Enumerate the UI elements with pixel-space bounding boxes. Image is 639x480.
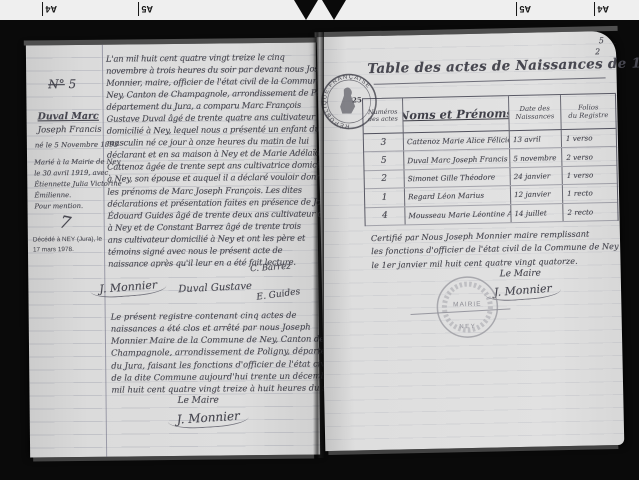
cell-folio: 2 recto	[563, 202, 617, 221]
frame-marker-triangle-icon	[294, 0, 318, 20]
le-maire-label: Le Maire	[178, 396, 219, 406]
ruler-mark: A4	[592, 2, 609, 16]
cell-name: Simonet Gille Théodore	[405, 168, 511, 188]
mayor-signature: J. Monnier	[90, 277, 167, 299]
ruler-mark: A5	[136, 2, 153, 16]
marriage-mention-line: Étiennette Julia Victorine	[34, 179, 102, 191]
cell-name: Regard Léon Marius	[405, 186, 511, 206]
ruler-tick-icon	[42, 2, 44, 16]
ruler-tick-icon	[516, 2, 518, 16]
page-number: 5	[599, 36, 604, 45]
closing-line: mil huit cent quatre vingt treize à huit…	[111, 381, 323, 395]
margin-paraph: 7	[58, 212, 73, 234]
father-signature: Duval Gustave	[178, 281, 252, 295]
cell-act-number: 1	[365, 189, 405, 207]
page-number-secondary: 2	[595, 47, 600, 56]
cell-act-number: 5	[364, 152, 404, 170]
mayor-signature: J. Monnier	[167, 408, 249, 430]
act-number-struck: N°	[48, 77, 65, 91]
frame-marker-triangle-icon	[322, 0, 346, 20]
ruler-mark: A4	[40, 2, 57, 16]
ruler-mark-label: A5	[142, 4, 154, 14]
book-spine	[313, 32, 324, 458]
table-row: 4 Mousseau Marie Léontine Augusta 14 jui…	[365, 202, 617, 226]
cell-act-number: 4	[365, 207, 405, 225]
birth-index-table: Numéros des actes Noms et Prénoms Date d…	[362, 93, 619, 226]
margin-birth-note: né le 5 Novembre 1893	[35, 141, 118, 150]
act-text-line: ans cultivateur domicilié à Ney et ont l…	[108, 231, 322, 245]
cell-birth-date: 13 avril	[510, 130, 562, 148]
table-title: Table des actes de Naissances de 1893	[367, 56, 609, 77]
cell-name: Duval Marc Joseph Francis	[404, 150, 510, 170]
certification-text: Certifié par Nous Joseph Monnier maire r…	[371, 227, 616, 272]
column-header-noms: Noms et Prénoms	[403, 96, 510, 132]
margin-name-line1: Duval Marc	[38, 111, 99, 123]
cell-name: Cattenoz Marie Alice Félicie	[404, 131, 510, 151]
left-page-birth-act: N° 5 Duval Marc Joseph Francis né le 5 N…	[26, 42, 320, 457]
act-number-value: 5	[69, 77, 77, 91]
column-header-date: Date des Naissances	[509, 95, 562, 130]
cell-birth-date: 5 novembre	[510, 148, 562, 166]
stamp-value: 25	[352, 95, 362, 104]
ruler-tick-icon	[138, 2, 140, 16]
mairie-stamp: MAIRIE NEY	[434, 273, 501, 340]
column-header-numeros: Numéros des actes	[363, 98, 404, 133]
cell-act-number: 3	[364, 133, 404, 151]
cell-birth-date: 24 janvier	[510, 167, 562, 185]
margin-marriage-mention: Marié à la Mairie de Neyle 30 avril 1919…	[34, 157, 103, 213]
cell-folio: 2 verso	[562, 147, 616, 166]
margin-death-mention: Décédé à NEY (Jura), le17 mars 1978.	[33, 235, 103, 255]
film-ruler-strip: A4 A5 A5 A4	[0, 0, 639, 20]
marriage-mention-line: Pour mention.	[34, 201, 102, 213]
title-underline	[374, 77, 606, 85]
marriage-mention-line: Émilienne.	[34, 190, 102, 202]
marriage-mention-line: Marié à la Mairie de Ney	[34, 157, 102, 169]
cell-name: Mousseau Marie Léontine Augusta	[405, 205, 511, 225]
cell-birth-date: 14 juillet	[511, 204, 563, 222]
ruler-mark-label: A4	[598, 4, 610, 14]
death-mention-line: Décédé à NEY (Jura), le	[33, 235, 103, 245]
marriage-mention-line: le 30 avril 1919, avec	[34, 168, 102, 180]
witness-signature-barrez: C. Barrez	[250, 262, 291, 275]
cell-birth-date: 12 janvier	[511, 185, 563, 203]
table-body: 3 Cattenoz Marie Alice Félicie 13 avril …	[364, 129, 618, 226]
register-closing-statement: Le présent registre contenant cinq actes…	[111, 308, 324, 395]
ruler-mark-label: A5	[520, 4, 532, 14]
right-page-table-of-acts: 5 2 Table des actes de Naissances de 189…	[317, 31, 625, 451]
birth-act-text: L'an mil huit cent quatre vingt treize l…	[106, 50, 322, 269]
microfilm-scan: A4 A5 A5 A4 N° 5 Duval Marc Joseph Franc…	[0, 0, 639, 480]
le-maire-label: Le Maire	[500, 269, 541, 280]
ruler-tick-icon	[594, 2, 596, 16]
ruler-mark: A5	[514, 2, 531, 16]
death-mention-line: 17 mars 1978.	[33, 244, 103, 254]
ruler-mark-label: A4	[46, 4, 58, 14]
cell-folio: 1 verso	[562, 166, 616, 185]
cell-act-number: 2	[365, 170, 405, 188]
cell-folio: 1 verso	[562, 129, 616, 148]
mairie-stamp-text: MAIRIE	[453, 301, 482, 309]
mairie-stamp-town: NEY	[459, 324, 476, 330]
table-header-row: Numéros des actes Noms et Prénoms Date d…	[363, 94, 616, 134]
margin-name-line2: Joseph Francis	[38, 125, 102, 136]
act-number: N° 5	[48, 77, 76, 91]
witness-signature-guides: E. Guides	[256, 287, 301, 303]
column-header-folios: Folios du Registre	[561, 94, 616, 129]
cell-folio: 1 recto	[563, 184, 617, 203]
